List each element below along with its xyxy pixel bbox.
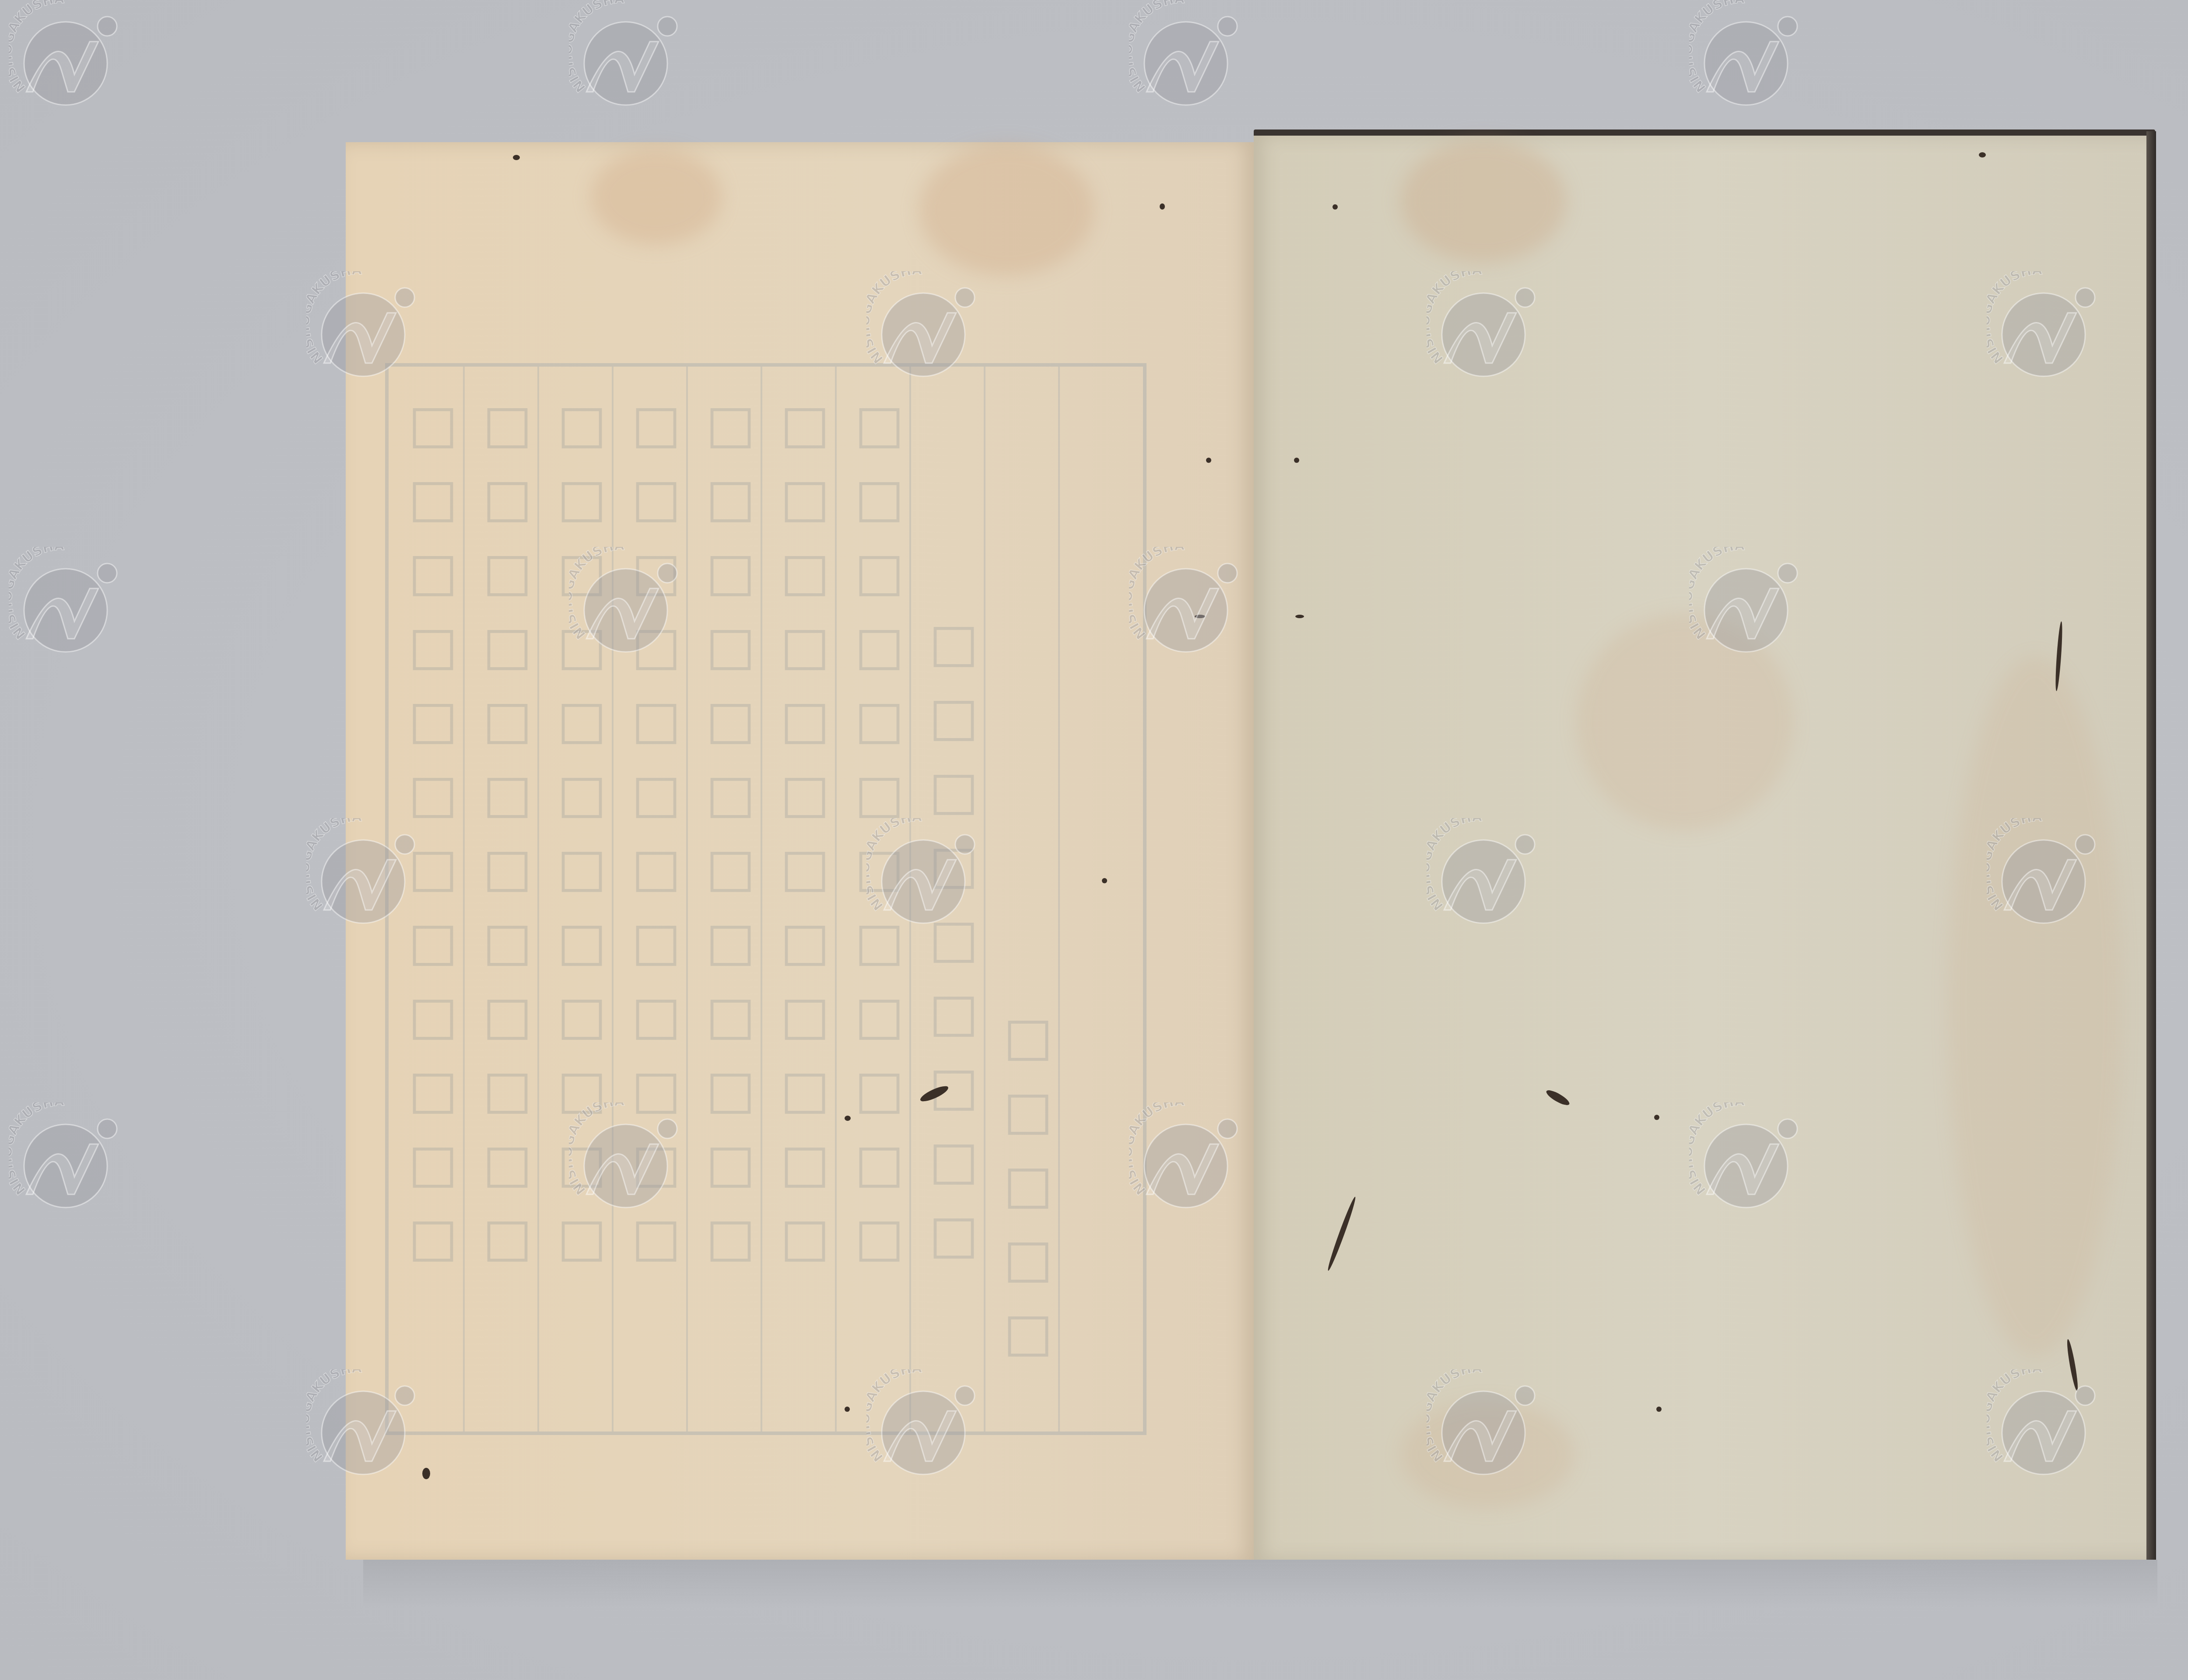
watermark-logo-icon [1987,818,2100,932]
watermark-logo-icon [306,271,420,385]
watermark-logo-icon [1987,271,2100,385]
watermark-logo-icon [1689,0,1803,114]
watermark-logo-icon [9,1102,123,1216]
watermark-logo-icon [866,818,980,932]
watermark-logo-icon [306,818,420,932]
watermark-logo-icon [1689,547,1803,661]
watermark-logo-icon [1689,1102,1803,1216]
book-shadow [363,1560,2157,1608]
watermark-logo-icon [1427,1369,1540,1483]
watermark-logo-icon [1129,547,1243,661]
watermark-logo-icon [9,0,123,114]
cover-right-edge [2146,131,2156,1560]
watermark-logo-icon [9,547,123,661]
watermark-logo-icon [569,0,683,114]
watermark-logo-icon [569,1102,683,1216]
watermark-logo-icon [1427,271,1540,385]
watermark-logo-icon [1427,818,1540,932]
watermark-logo-icon [866,1369,980,1483]
watermark-logo-icon [306,1369,420,1483]
watermark-logo-icon [1129,1102,1243,1216]
watermark-logo-icon [569,547,683,661]
watermark-logo-icon [866,271,980,385]
watermark-logo-icon [1987,1369,2100,1483]
watermark-logo-icon [1129,0,1243,114]
